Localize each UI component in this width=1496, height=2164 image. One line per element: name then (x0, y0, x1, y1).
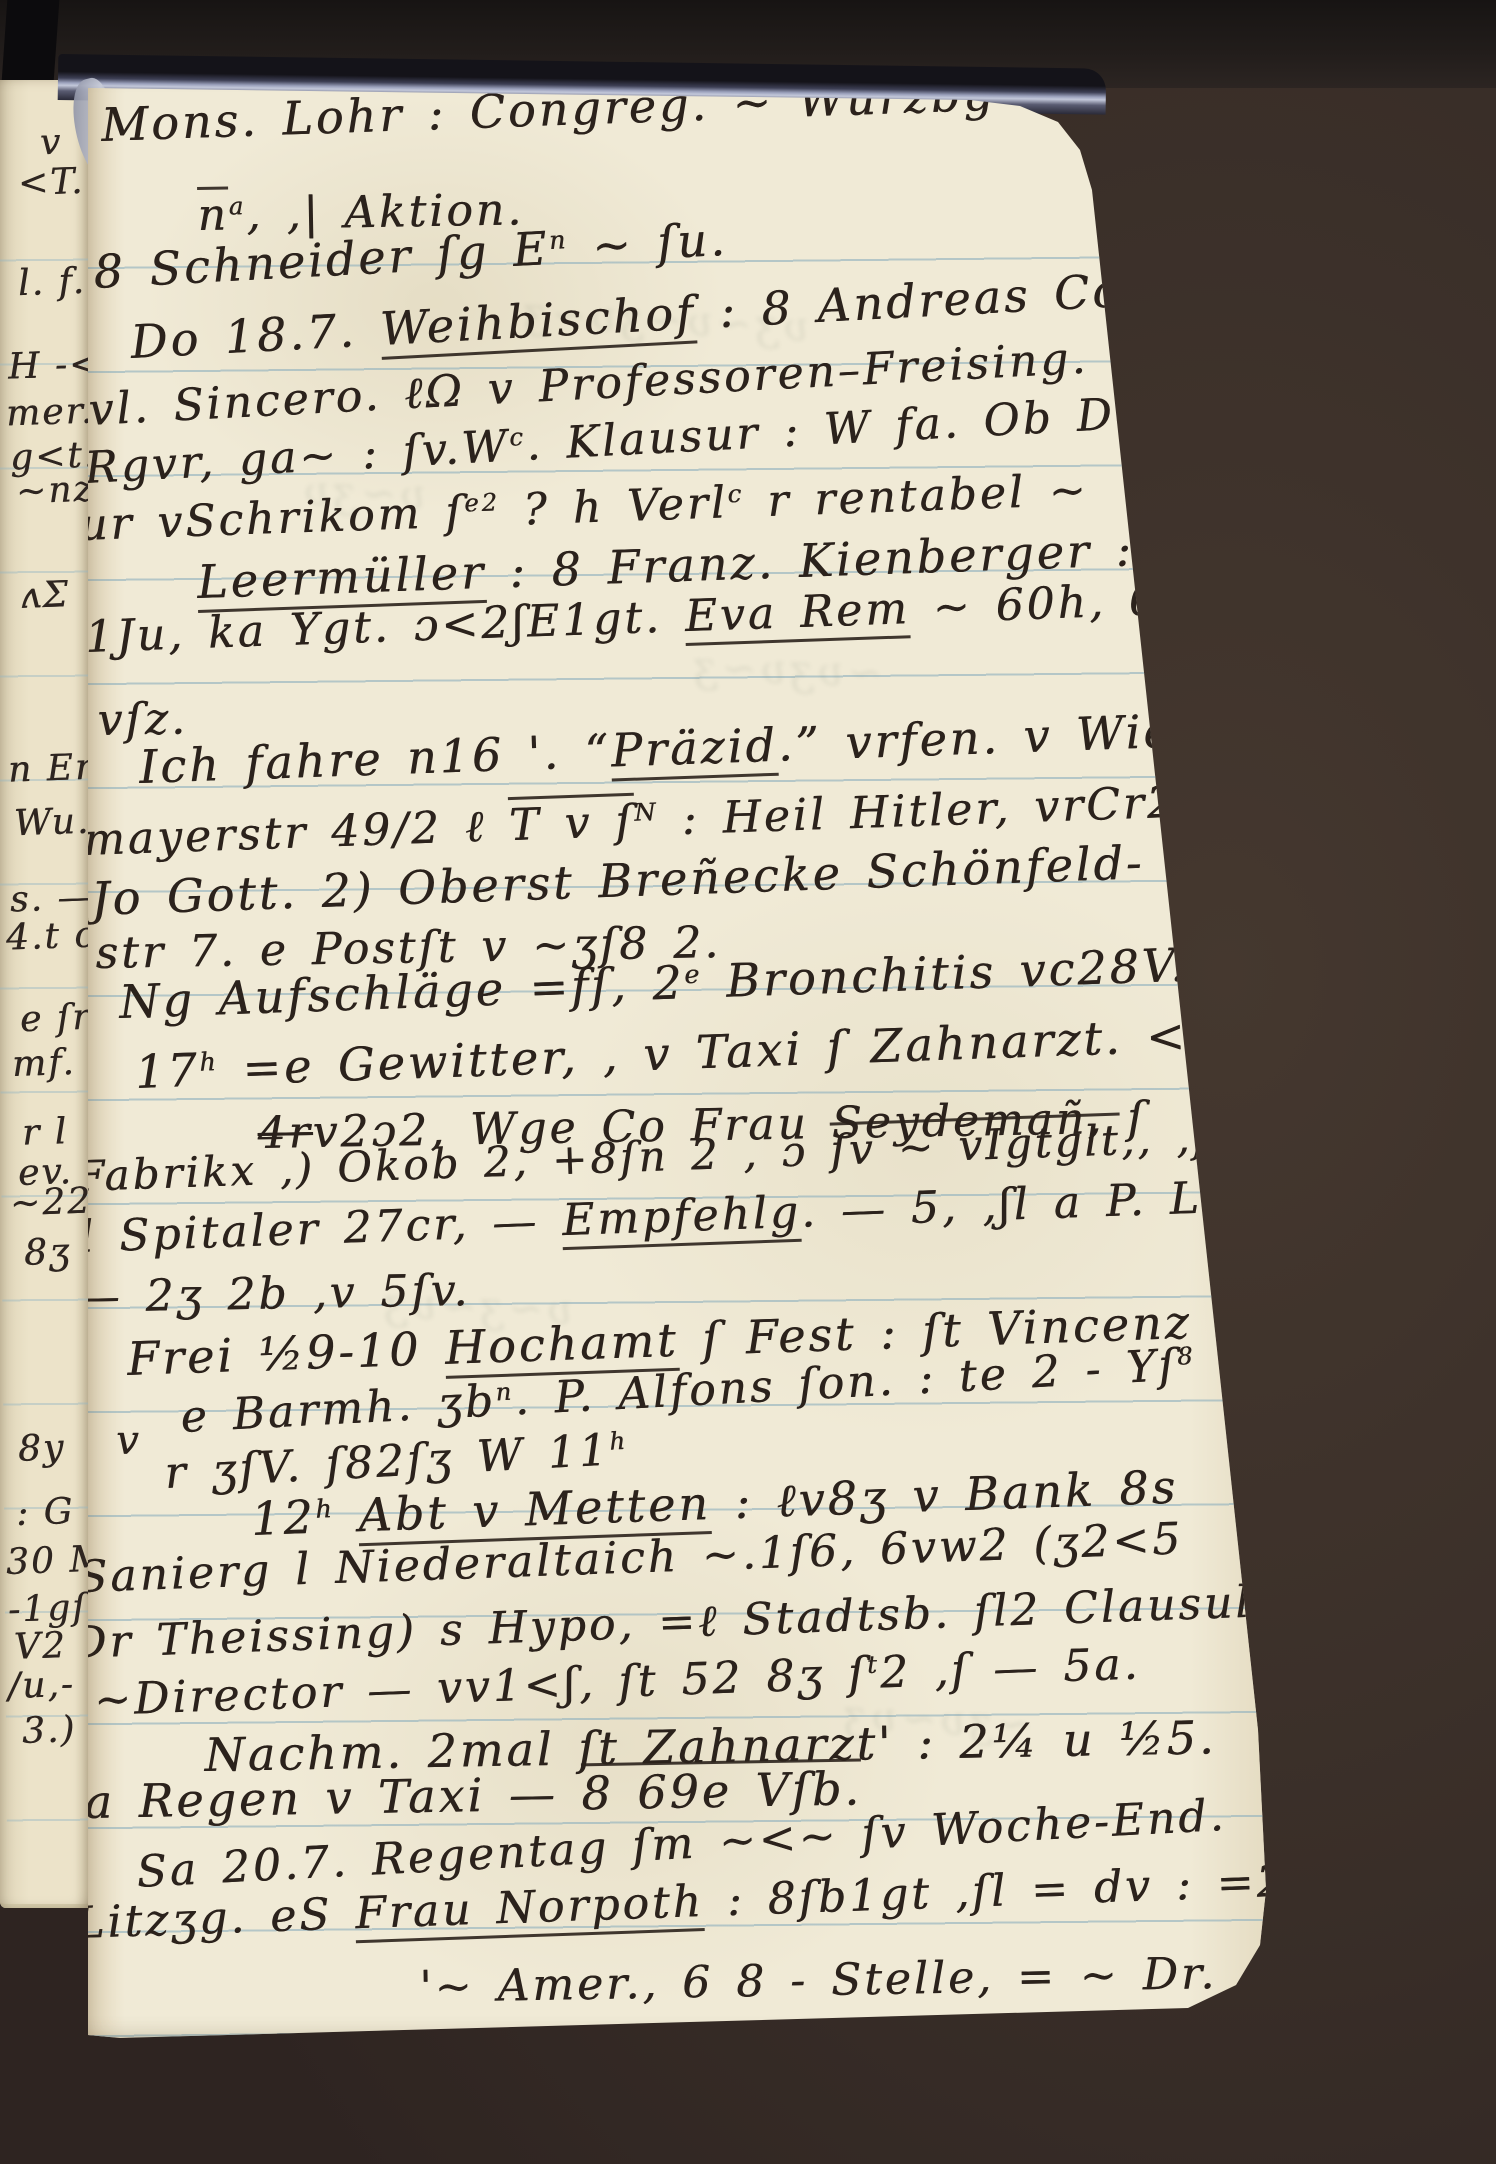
handwriting-segment: v (116, 1418, 142, 1465)
previous-page-text-fragment: v (39, 122, 63, 164)
previous-page-text-fragment: n Er- (7, 746, 96, 790)
handwriting-segment: ſv ~ vIgtglt (829, 1113, 1121, 1176)
handwriting-segment: ur vSchrikom ſ (78, 487, 465, 552)
handwriting-segment: 17 (134, 1043, 200, 1100)
previous-page-text-fragment: r l (21, 1111, 69, 1154)
handwriting-segment: N (634, 798, 659, 828)
previous-page-edge: v<T.l. f.H -<mer.g<t.~nzʌΣn Er-Wu.s. —4.… (0, 80, 96, 1908)
handwriting-segment: h (199, 1047, 219, 1078)
previous-page-text-fragment: V2 (13, 1625, 67, 1668)
handwriting-segment: h (315, 1494, 335, 1525)
handwriting-segment: : 8ſb1gt ‚ſl = dv : =2 (703, 1856, 1288, 1928)
handwriting-segment: ” (1285, 321, 1313, 374)
handwriting-segment: Bronchitis vc28V. (701, 938, 1188, 1010)
previous-page-text-fragment: 8ʒ (23, 1231, 72, 1274)
handwriting-segment: : 8 Andreas Colleg, ~r (694, 252, 1330, 340)
previous-page-text-fragment: /u,- (7, 1664, 75, 1707)
handwriting-line: v (116, 1418, 142, 1464)
handwriting-segment: 8 Schneider ſg E (92, 221, 551, 300)
previous-page-text-fragment: Wu. (13, 801, 91, 845)
handwriting-segment: a (229, 193, 247, 222)
previous-page-text-fragment: ʌΣ (19, 574, 70, 617)
handwriting-segment: 1Ju, ka Ygt. ɔ<2ʃE1gt. (84, 591, 686, 664)
handwriting-line: '~ Amer., 6 8 - Stelle, = ~ Dr. (419, 1948, 1217, 2013)
previous-page-text-fragment: e ſr (19, 997, 92, 1040)
handwriting-segment: Do 18.7. (129, 302, 381, 370)
previous-page-text-fragment: l. f. (17, 261, 86, 304)
previous-page-text-fragment: <T. (17, 161, 85, 204)
handwriting-segment (334, 1488, 360, 1544)
handwriting-segment: Eva Rem (684, 583, 911, 646)
handwriting-segment: Präzid (610, 718, 779, 782)
handwriting-segment: n (495, 1378, 515, 1408)
handwriting-segment: ? h Verl (499, 477, 728, 537)
handwriting-segment: c (727, 480, 745, 510)
handwriting-segment: e (684, 959, 703, 990)
handwriting-segment: a Regen v Taxi — (84, 1766, 582, 1830)
handwriting-segment: mayerstr 49/2 ℓ (82, 800, 510, 867)
previous-page-text-fragment: -1gſ. (7, 1586, 96, 1630)
previous-page-text-fragment: ~22 (9, 1181, 92, 1225)
previous-page-text-fragment: 30 M. (5, 1538, 96, 1583)
writing-layer: Mons. Lohr : Congreg. ~ Würzbg ~ ub06z, … (70, 66, 1286, 2041)
previous-page-text-fragment: 3.) (21, 1709, 77, 1752)
notebook-page: ʋʒ~ʋ~ʒʋ~ʒʋ~ʒʋ~ʋʒʋ~ʒʋ~ʒ~ʋʒ~ʒʋ~ʋʒ Mons. Lo… (70, 66, 1286, 2041)
handwriting-segment: Ich fahre n16 '. “ (138, 724, 612, 795)
handwriting-segment: n (197, 186, 229, 242)
handwriting-segment: Frau Norpoth (354, 1876, 705, 1943)
previous-page-text-fragment: mer. (5, 390, 95, 434)
handwriting-segment: h (609, 1427, 629, 1457)
handwriting-segment: r rentabel ~ (743, 465, 1089, 529)
handwriting-segment: Frei ½9-10 (126, 1321, 446, 1387)
handwriting-segment: — 2ʒ 2b ‚v 5ſv. (75, 1265, 471, 1324)
previous-page-text-fragment: ~nz (15, 469, 95, 513)
handwriting-segment: 12 (250, 1490, 316, 1547)
handwriting-segment: 8 (1176, 1342, 1196, 1372)
handwriting-line: — 2ʒ 2b ‚v 5ſv. (75, 1265, 471, 1323)
handwriting-segment: T v ſ (508, 793, 635, 852)
handwriting-segment: l Spitaler 27cr, — (78, 1195, 563, 1264)
handwriting-segment: '~ Amer., 6 8 - Stelle, = ~ Dr. (419, 1948, 1217, 2014)
previous-page-text-fragment: mf. (11, 1042, 76, 1085)
previous-page-text-fragment: 8y (17, 1427, 66, 1470)
handwriting-segment: c (1268, 326, 1286, 356)
handwriting-segment: Litzʒg. eS (74, 1888, 356, 1950)
previous-page-text-fragment: H -< (7, 343, 96, 387)
handwriting-segment: Weihbischof (379, 285, 698, 359)
handwriting-line: Ich fahre n16 '. “Präzid.” vrfen. v Wied… (138, 698, 1342, 794)
handwriting-segment: .” vrfen. v Wieden — (777, 698, 1342, 773)
handwriting-segment: ‚, ‚ſub (1120, 1110, 1272, 1165)
handwriting-segment: 2 ‚ſ — 5a. (879, 1638, 1141, 1699)
handwriting-segment: n (548, 225, 569, 256)
handwriting-segment: e2 (464, 489, 501, 519)
handwriting-segment: c (508, 423, 526, 453)
photographed-notebook: { "colors":{ "paper":"#f0ead6","strip_pa… (0, 0, 1496, 2164)
previous-page-text-fragment: : G (15, 1491, 75, 1534)
handwriting-segment: : Heil Hitler, vrCr2<ʒ (658, 774, 1247, 846)
handwriting-segment: ~ ſu. (567, 212, 729, 275)
handwriting-segment: Empfehlg (561, 1187, 802, 1250)
handwriting-segment: . — 5, ‚ʃl a P. Ludger (800, 1168, 1349, 1239)
previous-page-text-fragment: 4.t o (5, 914, 96, 958)
